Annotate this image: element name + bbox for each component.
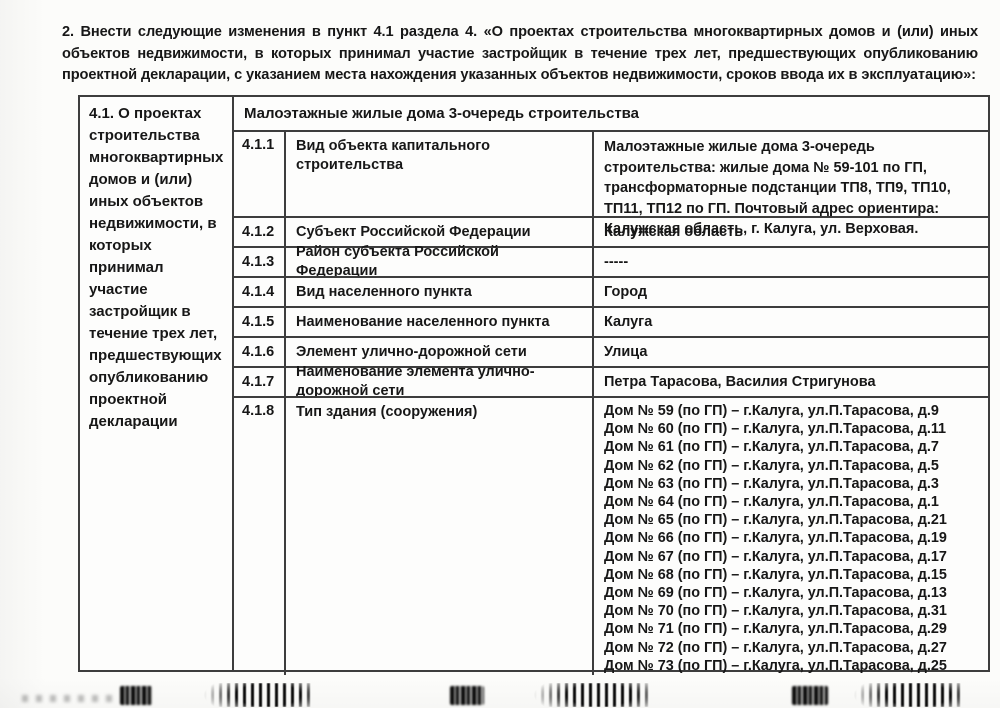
table-row-4-1-7: 4.1.7 Наименование элемента улично-дорож… — [234, 366, 988, 396]
row-value-cell: Малоэтажные жилые дома 3-очередь строите… — [594, 132, 988, 216]
row-number-cell: 4.1.4 — [234, 278, 286, 306]
table-row-4-1-4: 4.1.4 Вид населенного пункта Город — [234, 276, 988, 306]
table-row-4-1-6: 4.1.6 Элемент улично-дорожной сети Улица — [234, 336, 988, 366]
row-number-cell: 4.1.6 — [234, 338, 286, 366]
row-number-cell: 4.1.8 — [234, 398, 286, 675]
row-label-cell: Субъект Российской Федерации — [286, 218, 594, 246]
scan-smudge — [853, 683, 965, 707]
row-number-cell: 4.1.7 — [234, 368, 286, 396]
row-number-cell: 4.1.2 — [234, 218, 286, 246]
row-value-cell: Улица — [594, 338, 988, 366]
row-label-cell: Район субъекта Российской Федерации — [286, 248, 594, 276]
scan-smudge — [533, 683, 649, 707]
table-row-4-1-8: 4.1.8 Тип здания (сооружения) Дом № 59 (… — [234, 396, 988, 675]
row-value-cell: ----- — [594, 248, 988, 276]
row-label-cell: Вид объекта капитального строительства — [286, 132, 594, 216]
table-row-4-1-3: 4.1.3 Район субъекта Российской Федераци… — [234, 246, 988, 276]
table-row-4-1-2: 4.1.2 Субъект Российской Федерации Калуж… — [234, 216, 988, 246]
table-right-section: Малоэтажные жилые дома 3-очередь строите… — [234, 97, 988, 670]
row-label-cell: Вид населенного пункта — [286, 278, 594, 306]
scanned-document: { "intro": "2. Внести следующие изменени… — [0, 0, 1000, 708]
scan-smudge — [450, 686, 484, 705]
section-4-1-header-cell: 4.1. О проектах строительства многокварт… — [80, 97, 234, 670]
row-label-cell: Наименование элемента улично-дорожной се… — [286, 368, 594, 396]
group-header-cell: Малоэтажные жилые дома 3-очередь строите… — [234, 97, 988, 130]
intro-paragraph: 2. Внести следующие изменения в пункт 4.… — [62, 22, 978, 87]
row-number-cell: 4.1.1 — [234, 132, 286, 216]
row-value-cell: Калуга — [594, 308, 988, 336]
row-value-cell: Дом № 59 (по ГП) – г.Калуга, ул.П.Тарасо… — [594, 398, 988, 675]
scan-smudge — [203, 683, 315, 707]
row-value-cell: Калужская область — [594, 218, 988, 246]
row-value-cell: Город — [594, 278, 988, 306]
scan-smudge — [792, 686, 828, 705]
row-value-cell: Петра Тарасова, Василия Стригунова — [594, 368, 988, 396]
row-label-cell: Тип здания (сооружения) — [286, 398, 594, 675]
row-number-cell: 4.1.5 — [234, 308, 286, 336]
scan-smudge — [120, 686, 152, 705]
scan-smudge — [22, 695, 118, 702]
table-row-4-1-1: 4.1.1 Вид объекта капитального строитель… — [234, 130, 988, 216]
scanner-noise-band — [0, 683, 1000, 708]
row-label-cell: Элемент улично-дорожной сети — [286, 338, 594, 366]
row-number-cell: 4.1.3 — [234, 248, 286, 276]
table-row-4-1-5: 4.1.5 Наименование населенного пункта Ка… — [234, 306, 988, 336]
declaration-table: 4.1. О проектах строительства многокварт… — [78, 95, 990, 672]
row-label-cell: Наименование населенного пункта — [286, 308, 594, 336]
